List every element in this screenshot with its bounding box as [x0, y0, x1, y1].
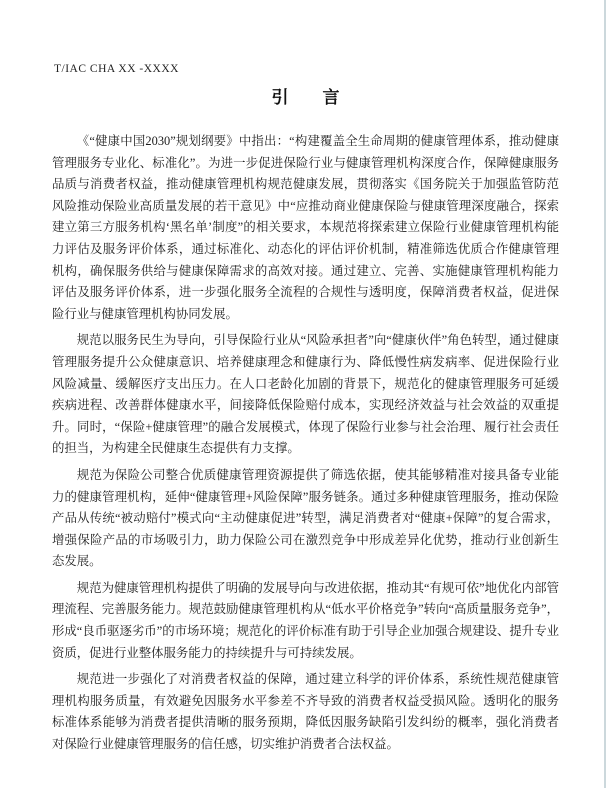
page-title: 引 言	[52, 83, 559, 108]
paragraph: 规范以服务民生为导向，引导保险行业从“风险承担者”向“健康伙伴”角色转型，通过健…	[52, 330, 559, 460]
standard-number-header: T/IAC CHA XX -XXXX	[54, 63, 179, 75]
paragraph: 规范为保险公司整合优质健康管理资源提供了筛选依据，使其能够精准对接具备专业能力的…	[52, 465, 559, 573]
paragraph: 规范为健康管理机构提供了明确的发展导向与改进依据，推动其“有规可依”地优化内部管…	[52, 578, 559, 664]
page-right-border	[604, 0, 606, 788]
paragraph: 规范进一步强化了对消费者权益的保障，通过建立科学的评价体系，系统性规范健康管理机…	[52, 669, 559, 755]
document-body: 《“健康中国2030”规划纲要》中指出：“构建覆盖全生命周期的健康管理体系，推动…	[52, 131, 559, 761]
document-page: T/IAC CHA XX -XXXX 引 言 《“健康中国2030”规划纲要》中…	[0, 0, 611, 788]
paragraph: 《“健康中国2030”规划纲要》中指出：“构建覆盖全生命周期的健康管理体系，推动…	[52, 131, 559, 325]
